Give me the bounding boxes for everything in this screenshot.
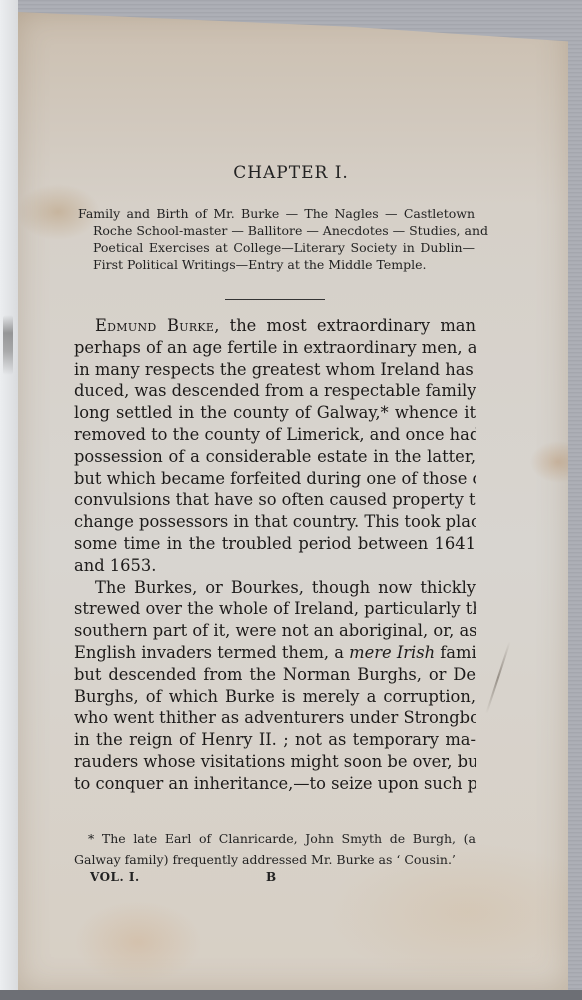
body-line: duced, was descended from a respectable … <box>74 380 476 402</box>
edge-mark <box>3 315 13 375</box>
body-line: convulsions that have so often caused pr… <box>74 489 476 511</box>
chapter-summary: Family and Birth of Mr. Burke — The Nagl… <box>78 205 475 273</box>
footnote-line: Galway family) frequently addressed Mr. … <box>74 849 476 870</box>
body-line: strewed over the whole of Ireland, parti… <box>74 598 476 620</box>
body-line: Burghs, of which Burke is merely a corru… <box>74 686 476 708</box>
body-line: but which became forfeited during one of… <box>74 468 476 490</box>
section-divider <box>225 299 325 300</box>
chapter-title: CHAPTER I. <box>0 163 582 183</box>
body-line: Edmund Burke, the most extraordinary man <box>74 315 476 337</box>
body-line: who went thither as adventurers under St… <box>74 707 476 729</box>
body-line-text: , the most extraordinary man <box>214 316 476 335</box>
body-line: perhaps of an age fertile in extraordina… <box>74 337 476 359</box>
body-line: and 1653. <box>74 555 476 577</box>
summary-line: Poetical Exercises at College—Literary S… <box>78 239 475 256</box>
footnote-line: * The late Earl of Clanricarde, John Smy… <box>74 828 476 849</box>
body-line: English invaders termed them, a mere Iri… <box>74 642 476 664</box>
summary-line: Roche School-master — Ballitore — Anecdo… <box>78 222 475 239</box>
body-line: to conquer an inheritance,—to seize upon… <box>74 773 476 795</box>
body-line: The Burkes, or Bourkes, though now thick… <box>74 577 476 599</box>
footnote: * The late Earl of Clanricarde, John Smy… <box>74 828 476 870</box>
bottom-shadow <box>0 990 582 1000</box>
body-line: rauders whose visitations might soon be … <box>74 751 476 773</box>
body-line-text: family ; <box>435 643 476 662</box>
summary-line: First Political Writings—Entry at the Mi… <box>78 256 475 273</box>
body-line-text: English invaders termed them, a <box>74 643 349 662</box>
body-line: in the reign of Henry II. ; not as tempo… <box>74 729 476 751</box>
body-line: change possessors in that country. This … <box>74 511 476 533</box>
body-line: removed to the county of Limerick, and o… <box>74 424 476 446</box>
volume-signature: VOL. I. <box>90 870 140 884</box>
body-line: southern part of it, were not an aborigi… <box>74 620 476 642</box>
opening-name: Edmund Burke <box>95 316 214 335</box>
summary-line: Family and Birth of Mr. Burke — The Nagl… <box>78 205 475 222</box>
italic-phrase: mere Irish <box>349 643 435 662</box>
body-line: some time in the troubled period between… <box>74 533 476 555</box>
body-text: Edmund Burke, the most extraordinary man… <box>74 315 476 795</box>
body-line: but descended from the Norman Burghs, or… <box>74 664 476 686</box>
body-line: possession of a considerable estate in t… <box>74 446 476 468</box>
adjacent-page-edge <box>0 0 18 1000</box>
body-line: long settled in the county of Galway,* w… <box>74 402 476 424</box>
body-line: in many respects the greatest whom Irela… <box>74 359 476 381</box>
signature-mark: B <box>266 870 277 884</box>
